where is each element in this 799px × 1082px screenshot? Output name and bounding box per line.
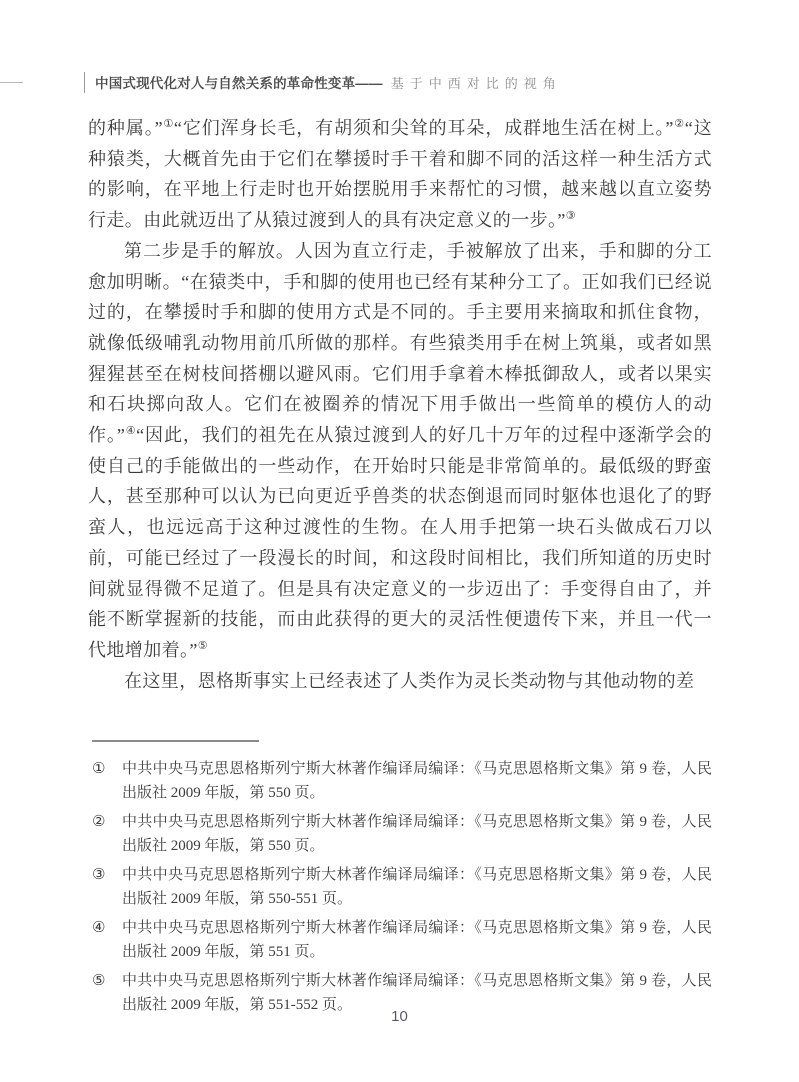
footnote-marker: ③ [92,863,122,911]
footnote-separator [92,740,259,742]
paragraph-3: 在这里，恩格斯事实上已经表述了人类作为灵长类动物与其他动物的差 [88,666,712,697]
footnote-item-2: ② 中共中央马克思恩格斯列宁斯大林著作编译局编译：《马克思恩格斯文集》第 9 卷… [88,810,712,858]
footnote-marker: ② [92,810,122,858]
footnote-text: 中共中央马克思恩格斯列宁斯大林著作编译局编译：《马克思恩格斯文集》第 9 卷，人… [122,916,712,964]
chapter-title: 中国式现代化对人与自然关系的革命性变革—— [95,76,383,91]
footnote-reference: ④ [125,425,136,437]
header-divider-bar [84,72,85,93]
header-text: 中国式现代化对人与自然关系的革命性变革——基于中西对比的视角 [95,72,562,93]
footnote-item-4: ④ 中共中央马克思恩格斯列宁斯大林著作编译局编译：《马克思恩格斯文集》第 9 卷… [88,916,712,964]
footnote-reference: ③ [566,210,576,222]
paragraph-1: 的种属。”①“它们浑身长毛，有胡须和尖耸的耳朵，成群地生活在树上。”②“这种猿类… [88,113,712,236]
footnote-marker: ① [92,757,122,805]
chapter-subtitle: 基于中西对比的视角 [391,76,562,91]
page-header: 中国式现代化对人与自然关系的革命性变革——基于中西对比的视角 [0,68,799,94]
footnote-reference: ① [163,118,174,130]
footnote-reference: ② [674,118,685,130]
body-text: 的种属。”①“它们浑身长毛，有胡须和尖耸的耳朵，成群地生活在树上。”②“这种猿类… [88,113,712,696]
book-page: 中国式现代化对人与自然关系的革命性变革——基于中西对比的视角 的种属。”①“它们… [0,0,799,1082]
paragraph-2: 第二步是手的解放。人因为直立行走，手被解放了出来，手和脚的分工愈加明晰。“在猿类… [88,236,712,666]
page-footer: 10 [0,1008,799,1026]
footnote-section: ① 中共中央马克思恩格斯列宁斯大林著作编译局编译：《马克思恩格斯文集》第 9 卷… [88,740,712,1022]
header-edge-rule [0,82,23,83]
footnote-reference: ⑤ [198,640,208,652]
footnote-text: 中共中央马克思恩格斯列宁斯大林著作编译局编译：《马克思恩格斯文集》第 9 卷，人… [122,810,712,858]
page-number: 10 [391,1008,408,1025]
footnote-text: 中共中央马克思恩格斯列宁斯大林著作编译局编译：《马克思恩格斯文集》第 9 卷，人… [122,863,712,911]
footnote-item-3: ③ 中共中央马克思恩格斯列宁斯大林著作编译局编译：《马克思恩格斯文集》第 9 卷… [88,863,712,911]
footnote-item-1: ① 中共中央马克思恩格斯列宁斯大林著作编译局编译：《马克思恩格斯文集》第 9 卷… [88,757,712,805]
footnote-marker: ④ [92,916,122,964]
footnote-text: 中共中央马克思恩格斯列宁斯大林著作编译局编译：《马克思恩格斯文集》第 9 卷，人… [122,757,712,805]
